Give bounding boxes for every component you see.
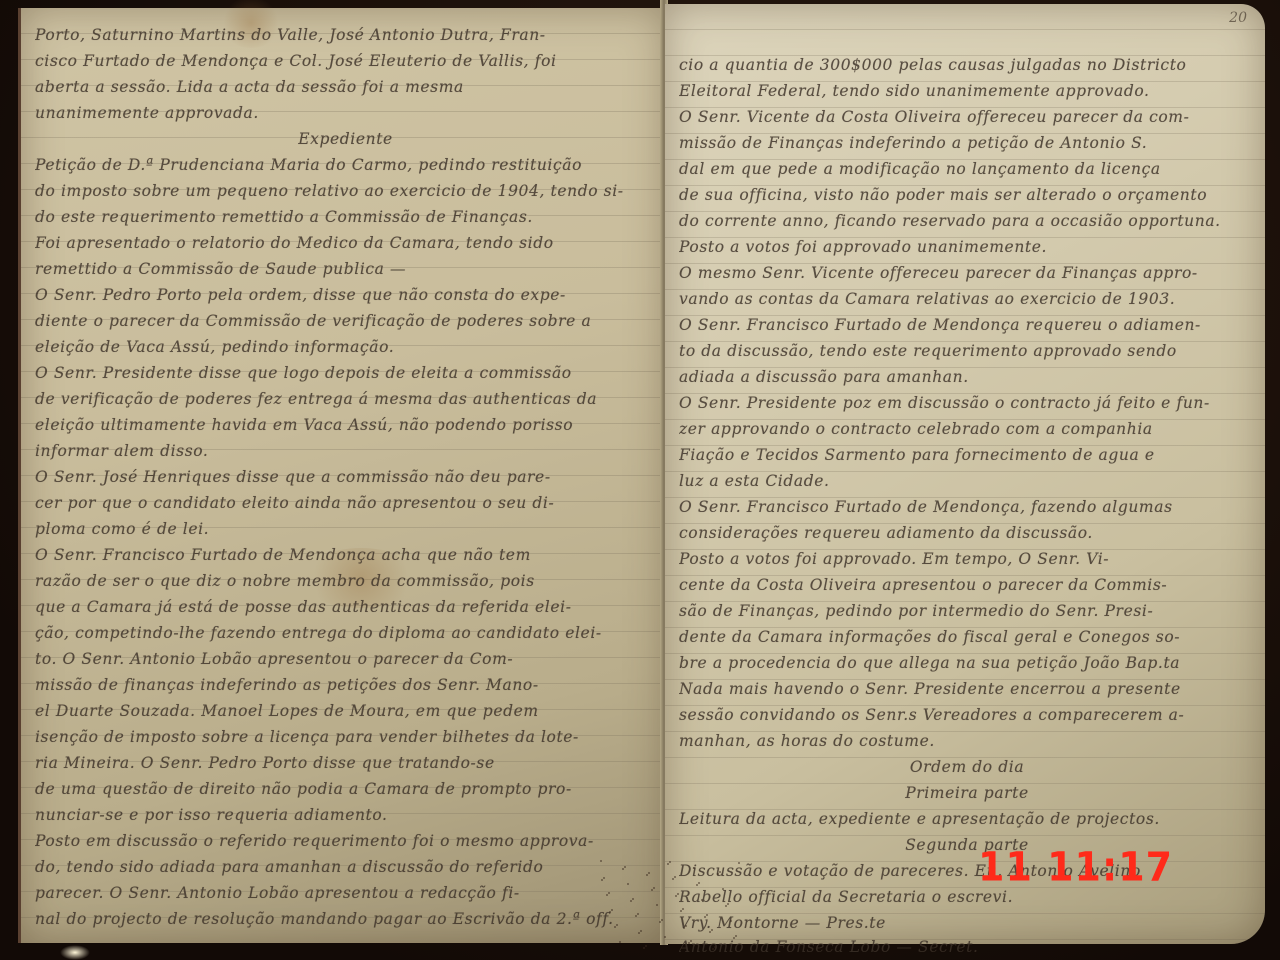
ink-speckle (704, 916, 706, 918)
handwritten-line: Posto em discussão o referido requerimen… (35, 832, 656, 850)
handwritten-line: Primeira parte (679, 784, 1255, 802)
handwritten-line: Porto, Saturnino Martins do Valle, José … (35, 26, 656, 44)
handwritten-line: remettido a Commissão de Saude publica — (35, 260, 656, 278)
handwritten-line: missão de Finanças indeferindo a petição… (679, 134, 1255, 152)
ink-speckle (727, 903, 729, 905)
handwritten-line: razão de ser o que diz o nobre membro da… (35, 572, 656, 590)
ink-speckle (622, 868, 624, 870)
handwritten-line: Ordem do dia (679, 758, 1255, 776)
handwritten-line: Petição de D.ª Prudenciana Maria do Carm… (35, 156, 656, 174)
handwritten-line: manhan, as horas do costume. (679, 732, 1255, 750)
ink-speckle (630, 900, 632, 902)
handwritten-line: cente da Costa Oliveira apresentou o par… (679, 576, 1255, 594)
handwritten-line: Vry. Montorne — Pres.te (679, 914, 1255, 932)
handwritten-line: eleição de Vaca Assú, pedindo informação… (35, 338, 656, 356)
ink-speckle (603, 877, 605, 879)
handwritten-line: luz a esta Cidade. (679, 472, 1255, 490)
handwritten-line: ção, competindo-lhe fazendo entrega do d… (35, 624, 656, 642)
handwritten-line: el Duarte Souzada. Manoel Lopes de Moura… (35, 702, 656, 720)
handwritten-line: do este requerimento remettido a Commiss… (35, 208, 656, 226)
ink-speckle (648, 872, 650, 874)
ink-speckle (698, 882, 700, 884)
ink-speckle (632, 898, 634, 900)
ink-speckle (714, 946, 716, 948)
handwritten-line: diente o parecer da Commissão de verific… (35, 312, 656, 330)
handwritten-line: to. O Senr. Antonio Lobão apresentou o p… (35, 650, 656, 668)
ink-speckle (601, 879, 603, 881)
handwritten-line: são de Finanças, pedindo por intermedio … (679, 602, 1255, 620)
handwritten-line: dente da Camara informações do fiscal ge… (679, 628, 1255, 646)
ink-speckle (638, 932, 640, 934)
ink-speckle (719, 871, 721, 873)
handwritten-line: cio a quantia de 300$000 pelas causas ju… (679, 56, 1255, 74)
ink-speckle (661, 919, 663, 921)
handwritten-line: O Senr. Francisco Furtado de Mendonça ac… (35, 546, 656, 564)
handwritten-line: O Senr. Presidente poz em discussão o co… (679, 394, 1255, 412)
ink-speckle (653, 887, 655, 889)
handwritten-line: Eleitoral Federal, tendo sido unanimemen… (679, 82, 1255, 100)
handwritten-line: Leitura da acta, expediente e apresentaç… (679, 810, 1255, 828)
ink-speckle (701, 899, 703, 901)
ink-speckle (645, 945, 647, 947)
left-page: Porto, Saturnino Martins do Valle, José … (18, 8, 666, 943)
handwritten-line: de sua officina, visto não poder mais se… (679, 186, 1255, 204)
handwritten-line: Antonio da Fonseca Lobo — Secret. (679, 938, 1255, 956)
handwritten-line: Posto a votos foi approvado. Em tempo, O… (679, 550, 1255, 568)
ink-speckle (646, 874, 648, 876)
ink-speckle (722, 888, 724, 890)
ink-speckle (682, 908, 684, 910)
ink-speckle (659, 921, 661, 923)
ink-speckle (624, 866, 626, 868)
ink-speckle (712, 948, 714, 950)
ink-speckle (733, 937, 735, 939)
ink-speckle (611, 909, 613, 911)
handwritten-line: bre a procedencia do que allega na sua p… (679, 654, 1255, 672)
handwritten-line: cisco Furtado de Mendonça e Col. José El… (35, 52, 656, 70)
handwritten-line: O Senr. José Henriques disse que a commi… (35, 468, 656, 486)
ink-speckle (677, 893, 679, 895)
handwritten-line: do corrente anno, ficando reservado para… (679, 212, 1255, 230)
ink-speckle (664, 936, 666, 938)
ink-speckle (730, 920, 732, 922)
handwritten-line: O Senr. Pedro Porto pela ordem, disse qu… (35, 286, 656, 304)
ink-speckle (706, 914, 708, 916)
handwritten-line: vando as contas da Camara relativas ao e… (679, 290, 1255, 308)
handwritten-line: adiada a discussão para amanhan. (679, 368, 1255, 386)
ink-speckle (696, 884, 698, 886)
ink-speckle (619, 941, 621, 943)
handwritten-line: Rabello official da Secretaria o escrevi… (679, 888, 1255, 906)
handwritten-line: nunciar-se e por isso requeria adiamento… (35, 806, 656, 824)
light-glare (60, 945, 90, 960)
handwritten-line: considerações requereu adiamento da disc… (679, 524, 1255, 542)
handwritten-line: eleição ultimamente havida em Vaca Assú,… (35, 416, 656, 434)
handwritten-line: unanimemente approvada. (35, 104, 656, 122)
handwritten-line: isenção de imposto sobre a licença para … (35, 728, 656, 746)
ink-speckle (656, 904, 658, 906)
handwritten-line: Posto a votos foi approvado unanimemente… (679, 238, 1255, 256)
handwritten-line: que a Camara já está de posse das authen… (35, 598, 656, 616)
ink-speckle (637, 913, 639, 915)
handwritten-line: ploma como é de lei. (35, 520, 656, 538)
ink-speckle (680, 910, 682, 912)
ink-speckle (667, 863, 669, 865)
ink-speckle (735, 935, 737, 937)
ink-speckle (651, 889, 653, 891)
handwritten-line: nal do projecto de resolução mandando pa… (35, 910, 656, 928)
right-page: 20 cio a quantia de 300$000 pelas causas… (665, 4, 1265, 944)
handwritten-line: sessão convidando os Senr.s Vereadores a… (679, 706, 1255, 724)
handwritten-line: to da discussão, tendo este requerimento… (679, 342, 1255, 360)
ledger-photo: Porto, Saturnino Martins do Valle, José … (0, 0, 1280, 960)
ink-speckle (643, 947, 645, 949)
ink-speckle (635, 915, 637, 917)
ink-speckle (609, 911, 611, 913)
ink-speckle (685, 925, 687, 927)
ink-speckle (725, 905, 727, 907)
ink-speckle (709, 931, 711, 933)
handwritten-line: dal em que pede a modificação no lançame… (679, 160, 1255, 178)
left-page-text: Porto, Saturnino Martins do Valle, José … (21, 8, 666, 943)
handwritten-line: cer por que o candidato eleito ainda não… (35, 494, 656, 512)
ink-speckle (674, 876, 676, 878)
handwritten-line: ria Mineira. O Senr. Pedro Porto disse q… (35, 754, 656, 772)
handwritten-line: do, tendo sido adiada para amanhan a dis… (35, 858, 656, 876)
ink-speckle (672, 878, 674, 880)
ink-speckle (627, 883, 629, 885)
handwritten-line: Fiação e Tecidos Sarmento para fornecime… (679, 446, 1255, 464)
ink-speckle (693, 867, 695, 869)
ink-speckle (711, 929, 713, 931)
handwritten-line: Nada mais havendo o Senr. Presidente enc… (679, 680, 1255, 698)
handwritten-line: do imposto sobre um pequeno relativo ao … (35, 182, 656, 200)
ink-speckle (717, 873, 719, 875)
ink-speckle (614, 926, 616, 928)
ink-speckle (616, 924, 618, 926)
ink-speckle (738, 862, 740, 864)
ink-speckle (669, 861, 671, 863)
handwritten-line: parecer. O Senr. Antonio Lobão apresento… (35, 884, 656, 902)
handwritten-line: O mesmo Senr. Vicente offereceu parecer … (679, 264, 1255, 282)
handwritten-line: informar alem disso. (35, 442, 656, 460)
handwritten-line: O Senr. Presidente disse que logo depois… (35, 364, 656, 382)
handwritten-line: de uma questão de direito não podia a Ca… (35, 780, 656, 798)
camera-timestamp-overlay: 11 11:17 (978, 844, 1173, 890)
ink-speckle (640, 930, 642, 932)
handwritten-line: de verificação de poderes fez entrega á … (35, 390, 656, 408)
handwritten-line: O Senr. Vicente da Costa Oliveira offere… (679, 108, 1255, 126)
ink-speckle (688, 942, 690, 944)
handwritten-line: O Senr. Francisco Furtado de Mendonça, f… (679, 498, 1255, 516)
right-page-text: cio a quantia de 300$000 pelas causas ju… (665, 4, 1265, 944)
handwritten-line: aberta a sessão. Lida a acta da sessão f… (35, 78, 656, 96)
ink-speckle (606, 894, 608, 896)
ink-speckle (675, 895, 677, 897)
ink-speckle (683, 927, 685, 929)
handwritten-line: Expediente (35, 130, 656, 148)
handwritten-line: Foi apresentado o relatorio do Medico da… (35, 234, 656, 252)
ink-speckle (690, 940, 692, 942)
ink-speckle (600, 860, 602, 862)
handwritten-line: O Senr. Francisco Furtado de Mendonça re… (679, 316, 1255, 334)
handwritten-line: missão de finanças indeferindo as petiçõ… (35, 676, 656, 694)
handwritten-line: zer approvando o contracto celebrado com… (679, 420, 1255, 438)
ink-speckle (608, 892, 610, 894)
